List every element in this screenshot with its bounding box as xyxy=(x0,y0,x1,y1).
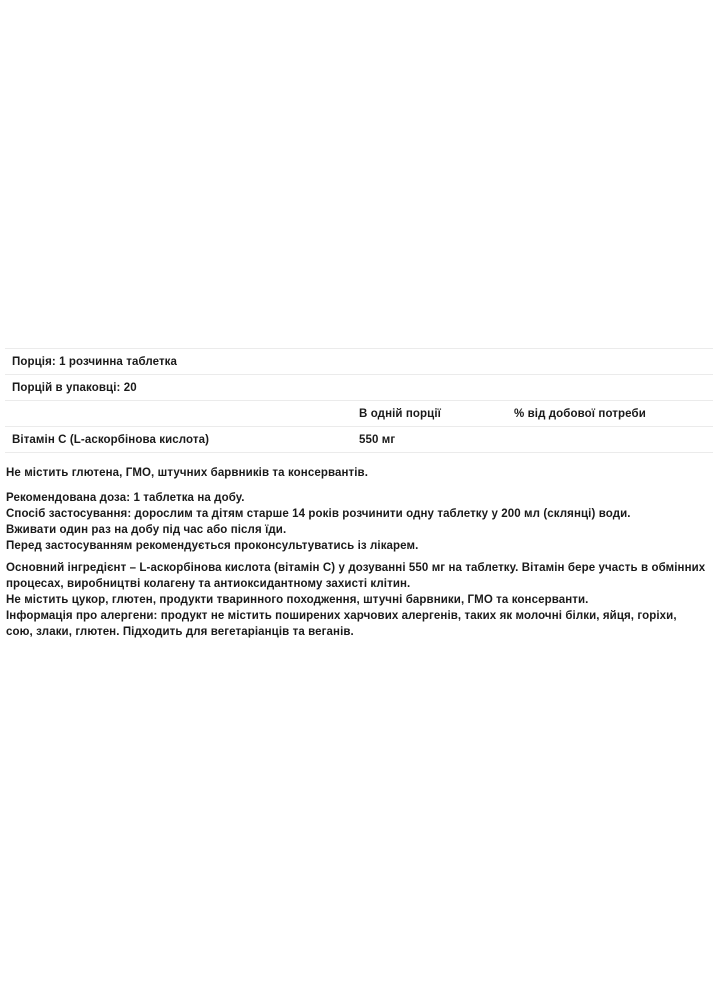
consult-doctor: Перед застосуванням рекомендується проко… xyxy=(6,538,706,554)
ingredient-name: Вітамін C (L-аскорбінова кислота) xyxy=(5,427,352,453)
allergen-info: Інформація про алергени: продукт не міст… xyxy=(6,608,706,640)
recommended-dose: Рекомендована доза: 1 таблетка на добу. xyxy=(6,490,706,506)
table-row: Вітамін C (L-аскорбінова кислота) 550 мг xyxy=(5,427,713,453)
header-daily-value: % від добової потреби xyxy=(507,401,713,427)
method-of-use: Спосіб застосування: дорослим та дітям с… xyxy=(6,506,706,522)
table-header-row: В одній порції % від добової потреби xyxy=(5,401,713,427)
header-per-serving: В одній порції xyxy=(352,401,507,427)
free-from: Не містить цукор, глютен, продукти твари… xyxy=(6,592,706,608)
product-info: Основний інгредієнт – L-аскорбінова кисл… xyxy=(6,560,706,640)
intake-timing: Вживати один раз на добу під час або піс… xyxy=(6,522,706,538)
notice-text: Не містить глютена, ГМО, штучних барвник… xyxy=(6,465,706,481)
supplement-facts-table: Порція: 1 розчинна таблетка Порцій в упа… xyxy=(5,348,713,453)
ingredient-daily-value xyxy=(507,427,713,453)
free-from-notice: Не містить глютена, ГМО, штучних барвник… xyxy=(6,465,706,481)
serving-size: Порція: 1 розчинна таблетка xyxy=(5,349,713,375)
header-ingredient xyxy=(5,401,352,427)
ingredient-amount: 550 мг xyxy=(352,427,507,453)
main-ingredient: Основний інгредієнт – L-аскорбінова кисл… xyxy=(6,560,706,592)
serving-size-row: Порція: 1 розчинна таблетка xyxy=(5,349,713,375)
usage-instructions: Рекомендована доза: 1 таблетка на добу. … xyxy=(6,490,706,554)
servings-per-container-row: Порцій в упаковці: 20 xyxy=(5,375,713,401)
servings-per-container: Порцій в упаковці: 20 xyxy=(5,375,713,401)
